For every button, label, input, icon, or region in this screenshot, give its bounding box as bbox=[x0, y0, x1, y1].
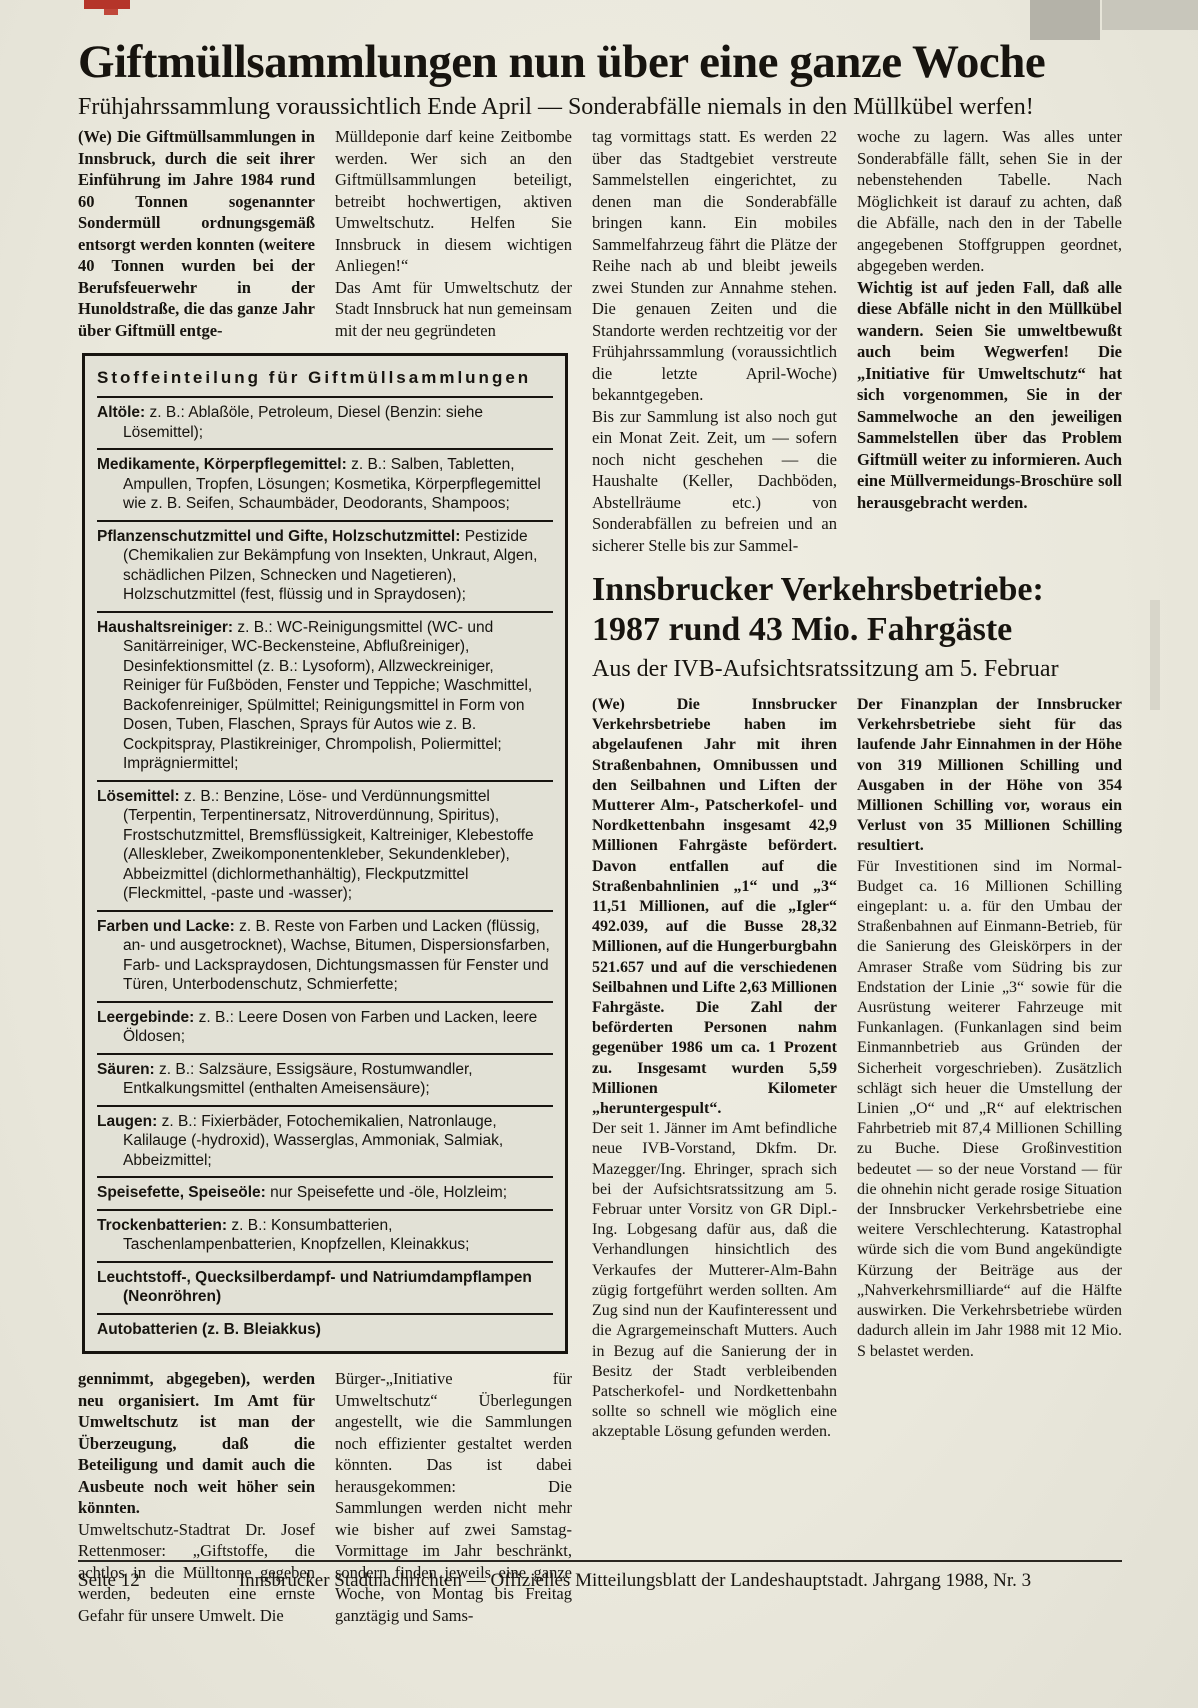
article2-lead: (We) Die Innsbrucker Verkehrsbetriebe ha… bbox=[592, 695, 837, 1119]
table-row: Leergebinde: z. B.: Leere Dosen von Farb… bbox=[97, 1001, 553, 1053]
table-row: Laugen: z. B.: Fixierbäder, Fotochemikal… bbox=[97, 1105, 553, 1177]
paragraph: gennimmt, abgegeben), werden neu organis… bbox=[78, 1368, 315, 1519]
paragraph: Der seit 1. Jänner im Amt befindliche ne… bbox=[592, 1119, 837, 1442]
imprint: Innsbrucker Stadtnachrichten — Offiziell… bbox=[78, 1570, 1122, 1592]
article1-masthead: Giftmüllsammlungen nun über eine ganze W… bbox=[78, 36, 1122, 121]
article2-headline-line1: Innsbrucker Verkehrsbetriebe: bbox=[592, 570, 1122, 610]
table-title: Stoffeinteilung für Giftmüllsammlungen bbox=[97, 368, 553, 388]
scan-artifact-gray bbox=[1030, 0, 1100, 40]
table-term: Säuren: bbox=[97, 1061, 155, 1078]
article1-lead: (We) Die Giftmüllsammlungen in Innsbruck… bbox=[78, 126, 315, 341]
table-term: Speisefette, Speiseöle: bbox=[97, 1184, 266, 1201]
table-term: Laugen: bbox=[97, 1113, 157, 1130]
right-column-group: tag vormittags statt. Es werden 22 über … bbox=[592, 126, 1122, 1443]
footer: Seite 12 Innsbrucker Stadtnachrichten — … bbox=[78, 1560, 1122, 1592]
table-row: Trockenbatterien: z. B.: Konsumbatterien… bbox=[97, 1209, 553, 1261]
table-desc: z. B.: Ablaßöle, Petroleum, Diesel (Benz… bbox=[123, 404, 483, 441]
table-term: Lösemittel: bbox=[97, 788, 180, 805]
page-number: Seite 12 bbox=[78, 1570, 140, 1592]
article2-subheadline: Aus der IVB-Aufsichtsratssitzung am 5. F… bbox=[592, 656, 1122, 683]
table-desc: z. B.: Benzine, Löse- und Verdünnungsmit… bbox=[123, 788, 534, 903]
table-term: Farben und Lacke: bbox=[97, 918, 235, 935]
article2: Innsbrucker Verkehrsbetriebe: 1987 rund … bbox=[592, 570, 1122, 1443]
scan-artifact-gray bbox=[1150, 600, 1160, 710]
table-desc: z. B.: Fixierbäder, Fotochemikalien, Nat… bbox=[123, 1113, 503, 1169]
table-term: Altöle: bbox=[97, 404, 145, 421]
table-row: Lösemittel: z. B.: Benzine, Löse- und Ve… bbox=[97, 780, 553, 910]
table-term: Haushaltsreiniger: bbox=[97, 619, 233, 636]
table-desc: z. B.: Salzsäure, Essigsäure, Rostumwand… bbox=[123, 1061, 473, 1098]
table-term: Autobatterien (z. B. Bleiakkus) bbox=[97, 1321, 321, 1338]
article2-column-1: (We) Die Innsbrucker Verkehrsbetriebe ha… bbox=[592, 695, 837, 1443]
table-row: Haushaltsreiniger: z. B.: WC-Reinigungsm… bbox=[97, 611, 553, 780]
article1-headline: Giftmüllsammlungen nun über eine ganze W… bbox=[78, 36, 1122, 88]
table-desc: nur Speisefette und -öle, Holzleim; bbox=[266, 1184, 507, 1201]
left-column-group: (We) Die Giftmüllsammlungen in Innsbruck… bbox=[78, 126, 572, 1626]
article1-column-1: (We) Die Giftmüllsammlungen in Innsbruck… bbox=[78, 126, 315, 341]
paragraph: Für Investitionen sind im Normal-Budget … bbox=[857, 857, 1122, 1362]
table-row: Farben und Lacke: z. B. Reste von Farben… bbox=[97, 910, 553, 1001]
paragraph: Bis zur Sammlung ist also noch gut ein M… bbox=[592, 406, 837, 557]
table-term: Leergebinde: bbox=[97, 1009, 194, 1026]
table-row: Pflanzenschutzmittel und Gifte, Holzschu… bbox=[97, 520, 553, 611]
table-row: Autobatterien (z. B. Bleiakkus) bbox=[97, 1313, 553, 1346]
paragraph: Mülldeponie darf keine Zeitbombe werden.… bbox=[335, 126, 572, 277]
article1-column-2: Mülldeponie darf keine Zeitbombe werden.… bbox=[335, 126, 572, 341]
article1-subheadline: Frühjahrssammlung voraussichtlich Ende A… bbox=[78, 94, 1122, 121]
article1-column-4: woche zu lagern. Was alles unter Sondera… bbox=[857, 126, 1122, 556]
paragraph: woche zu lagern. Was alles unter Sondera… bbox=[857, 126, 1122, 277]
article1-column-3: tag vormittags statt. Es werden 22 über … bbox=[592, 126, 837, 556]
table-row: Leuchtstoff-, Quecksilberdampf- und Natr… bbox=[97, 1261, 553, 1313]
table-term: Pflanzenschutzmittel und Gifte, Holzschu… bbox=[97, 528, 460, 545]
scan-artifact-red bbox=[104, 9, 118, 15]
paragraph: tag vormittags statt. Es werden 22 über … bbox=[592, 126, 837, 406]
table-desc: z. B.: WC-Reinigungsmittel (WC- und Sani… bbox=[123, 619, 532, 773]
toxic-waste-table: Stoffeinteilung für Giftmüllsammlungen A… bbox=[82, 353, 568, 1354]
table-row: Speisefette, Speiseöle: nur Speisefette … bbox=[97, 1176, 553, 1209]
paragraph: Wichtig ist auf jeden Fall, daß alle die… bbox=[857, 277, 1122, 514]
paragraph: Der Finanzplan der Innsbrucker Verkehrsb… bbox=[857, 695, 1122, 857]
article2-headline-line2: 1987 rund 43 Mio. Fahrgäste bbox=[592, 610, 1122, 650]
table-row: Säuren: z. B.: Salzsäure, Essigsäure, Ro… bbox=[97, 1053, 553, 1105]
table-term: Trockenbatterien: bbox=[97, 1217, 227, 1234]
table-term: Leuchtstoff-, Quecksilberdampf- und Natr… bbox=[97, 1269, 532, 1306]
newspaper-page: Giftmüllsammlungen nun über eine ganze W… bbox=[0, 0, 1198, 1708]
table-row: Altöle: z. B.: Ablaßöle, Petroleum, Dies… bbox=[97, 396, 553, 448]
article2-column-2: Der Finanzplan der Innsbrucker Verkehrsb… bbox=[857, 695, 1122, 1443]
scan-artifact-red bbox=[84, 0, 130, 9]
table-row: Medikamente, Körperpflegemittel: z. B.: … bbox=[97, 448, 553, 520]
scan-artifact-gray bbox=[1102, 0, 1198, 30]
table-term: Medikamente, Körperpflegemittel: bbox=[97, 456, 347, 473]
paragraph: Das Amt für Umweltschutz der Stadt Innsb… bbox=[335, 277, 572, 342]
